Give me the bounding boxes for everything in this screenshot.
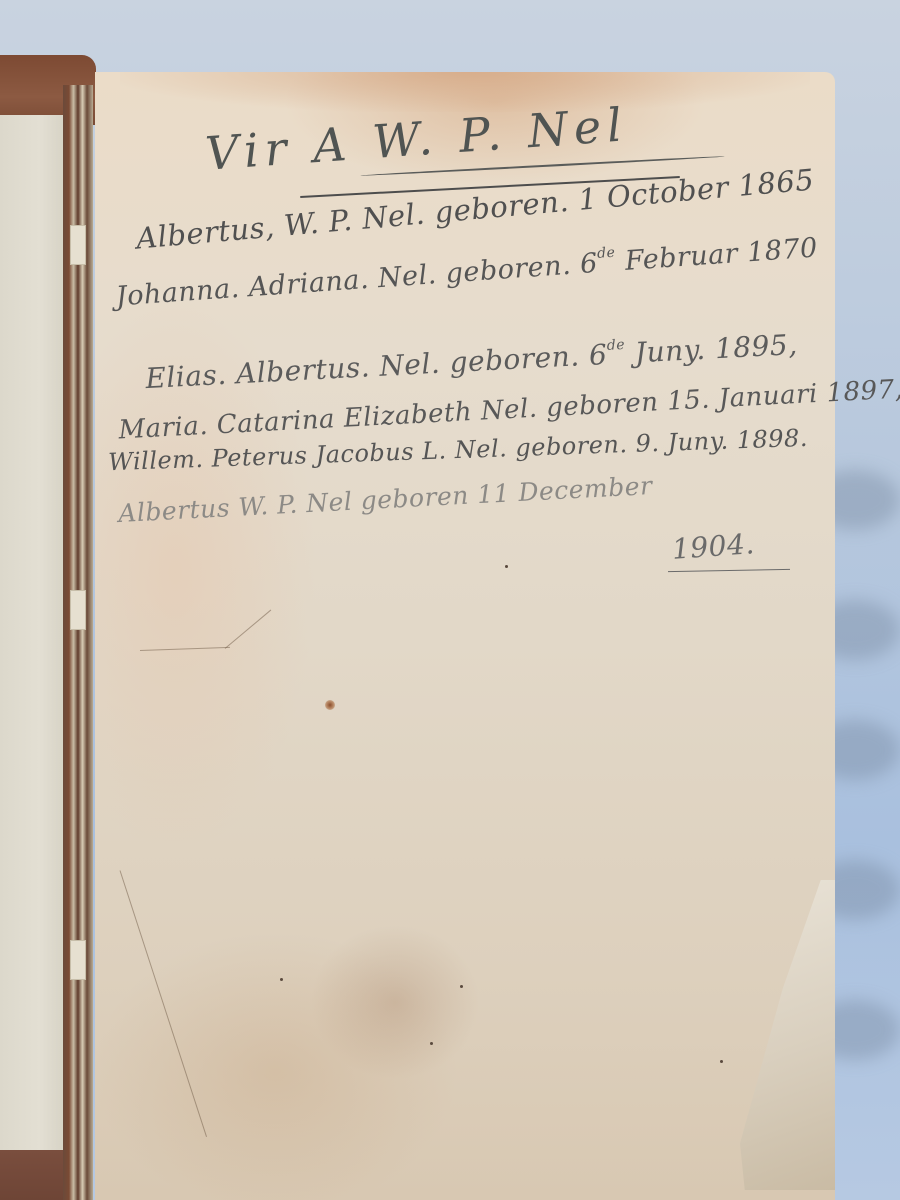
foxing-dot (280, 978, 283, 981)
spine-tape (70, 225, 86, 265)
entry-2-day-suffix: de (597, 245, 616, 262)
left-blank-page (0, 115, 66, 1165)
foxing-dot (430, 1042, 433, 1045)
foxing-dot (460, 985, 463, 988)
entry-3-day-suffix: de (606, 337, 625, 354)
water-stain-top (120, 72, 810, 112)
spine-tape (70, 940, 86, 980)
foxing-dot (505, 565, 508, 568)
foxing-dot (720, 1060, 723, 1063)
stain-spot (325, 700, 335, 710)
spine-tape (70, 590, 86, 630)
register-entry-6-year: 1904. (671, 527, 756, 566)
